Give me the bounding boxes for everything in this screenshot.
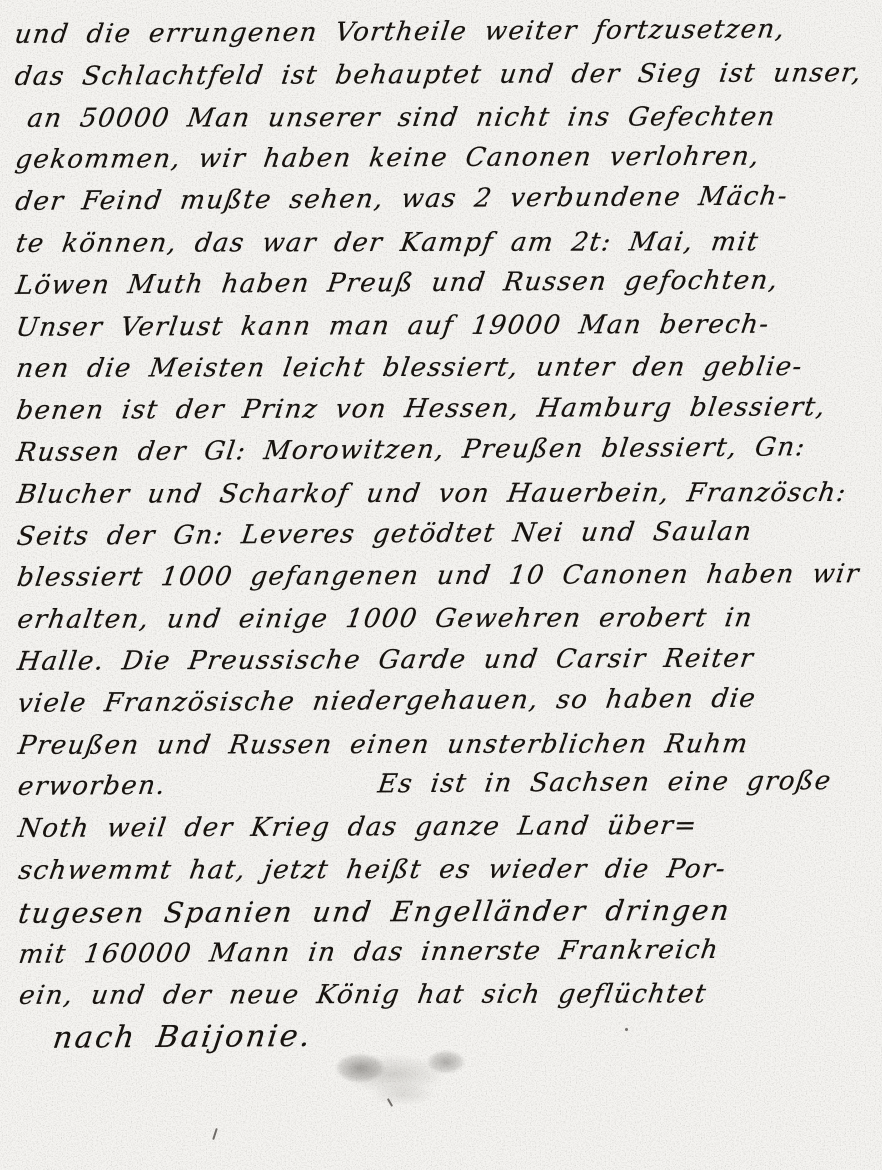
manuscript-page: und die errungenen Vortheile weiter fort… xyxy=(0,0,882,1170)
ink-speck xyxy=(387,1098,393,1107)
manuscript-line: Noth weil der Krieg das ganze Land über= xyxy=(15,805,882,851)
manuscript-line: schwemmt hat, jetzt heißt es wieder die … xyxy=(16,849,882,893)
manuscript-line: Russen der Gl: Morowitzen, Preußen bless… xyxy=(14,427,882,475)
manuscript-line: Blucher und Scharkof und von Hauerbein, … xyxy=(14,473,882,517)
manuscript-line: erhalten, und einige 1000 Gewehren erobe… xyxy=(14,598,882,642)
manuscript-line: viele Französische niedergehauen, so hab… xyxy=(15,678,882,726)
manuscript-line: mit 160000 Mann in das innerste Frankrei… xyxy=(16,928,882,976)
manuscript-line: Löwen Muth haben Preuß und Russen gefoch… xyxy=(13,260,881,308)
manuscript-line: das Schlachtfeld ist behauptet und der S… xyxy=(12,53,880,99)
manuscript-line: erworben. Es ist in Sachsen eine große xyxy=(15,761,882,809)
manuscript-line: blessiert 1000 gefangenen und 10 Canonen… xyxy=(14,554,882,600)
manuscript-line: te können, das war der Kampf am 2t: Mai,… xyxy=(13,222,881,266)
manuscript-line: nen die Meisten leicht blessiert, unter … xyxy=(13,347,881,391)
manuscript-line: Preußen und Russen einen unsterblichen R… xyxy=(15,723,882,767)
manuscript-line: an 50000 Man unserer sind nicht ins Gefe… xyxy=(24,96,880,140)
ink-speck xyxy=(212,1128,218,1140)
manuscript-text: und die errungenen Vortheile weiter fort… xyxy=(0,0,882,1060)
manuscript-line: nach Baijonie. xyxy=(50,1012,882,1060)
manuscript-line: Halle. Die Preussische Garde und Carsir … xyxy=(15,638,882,684)
manuscript-line: tugesen Spanien und Engelländer dringen xyxy=(16,889,882,935)
manuscript-line: gekommen, wir haben keine Canonen verloh… xyxy=(12,136,880,182)
manuscript-line: der Feind mußte sehen, was 2 verbundene … xyxy=(13,176,881,224)
manuscript-line: Unser Verlust kann man auf 19000 Man ber… xyxy=(13,304,881,350)
manuscript-line: Seits der Gn: Leveres getödtet Nei und S… xyxy=(14,510,882,558)
manuscript-line: benen ist der Prinz von Hessen, Hamburg … xyxy=(14,387,882,433)
manuscript-line: ein, und der neue König hat sich geflüch… xyxy=(16,974,882,1018)
manuscript-line: und die errungenen Vortheile weiter fort… xyxy=(12,9,880,57)
